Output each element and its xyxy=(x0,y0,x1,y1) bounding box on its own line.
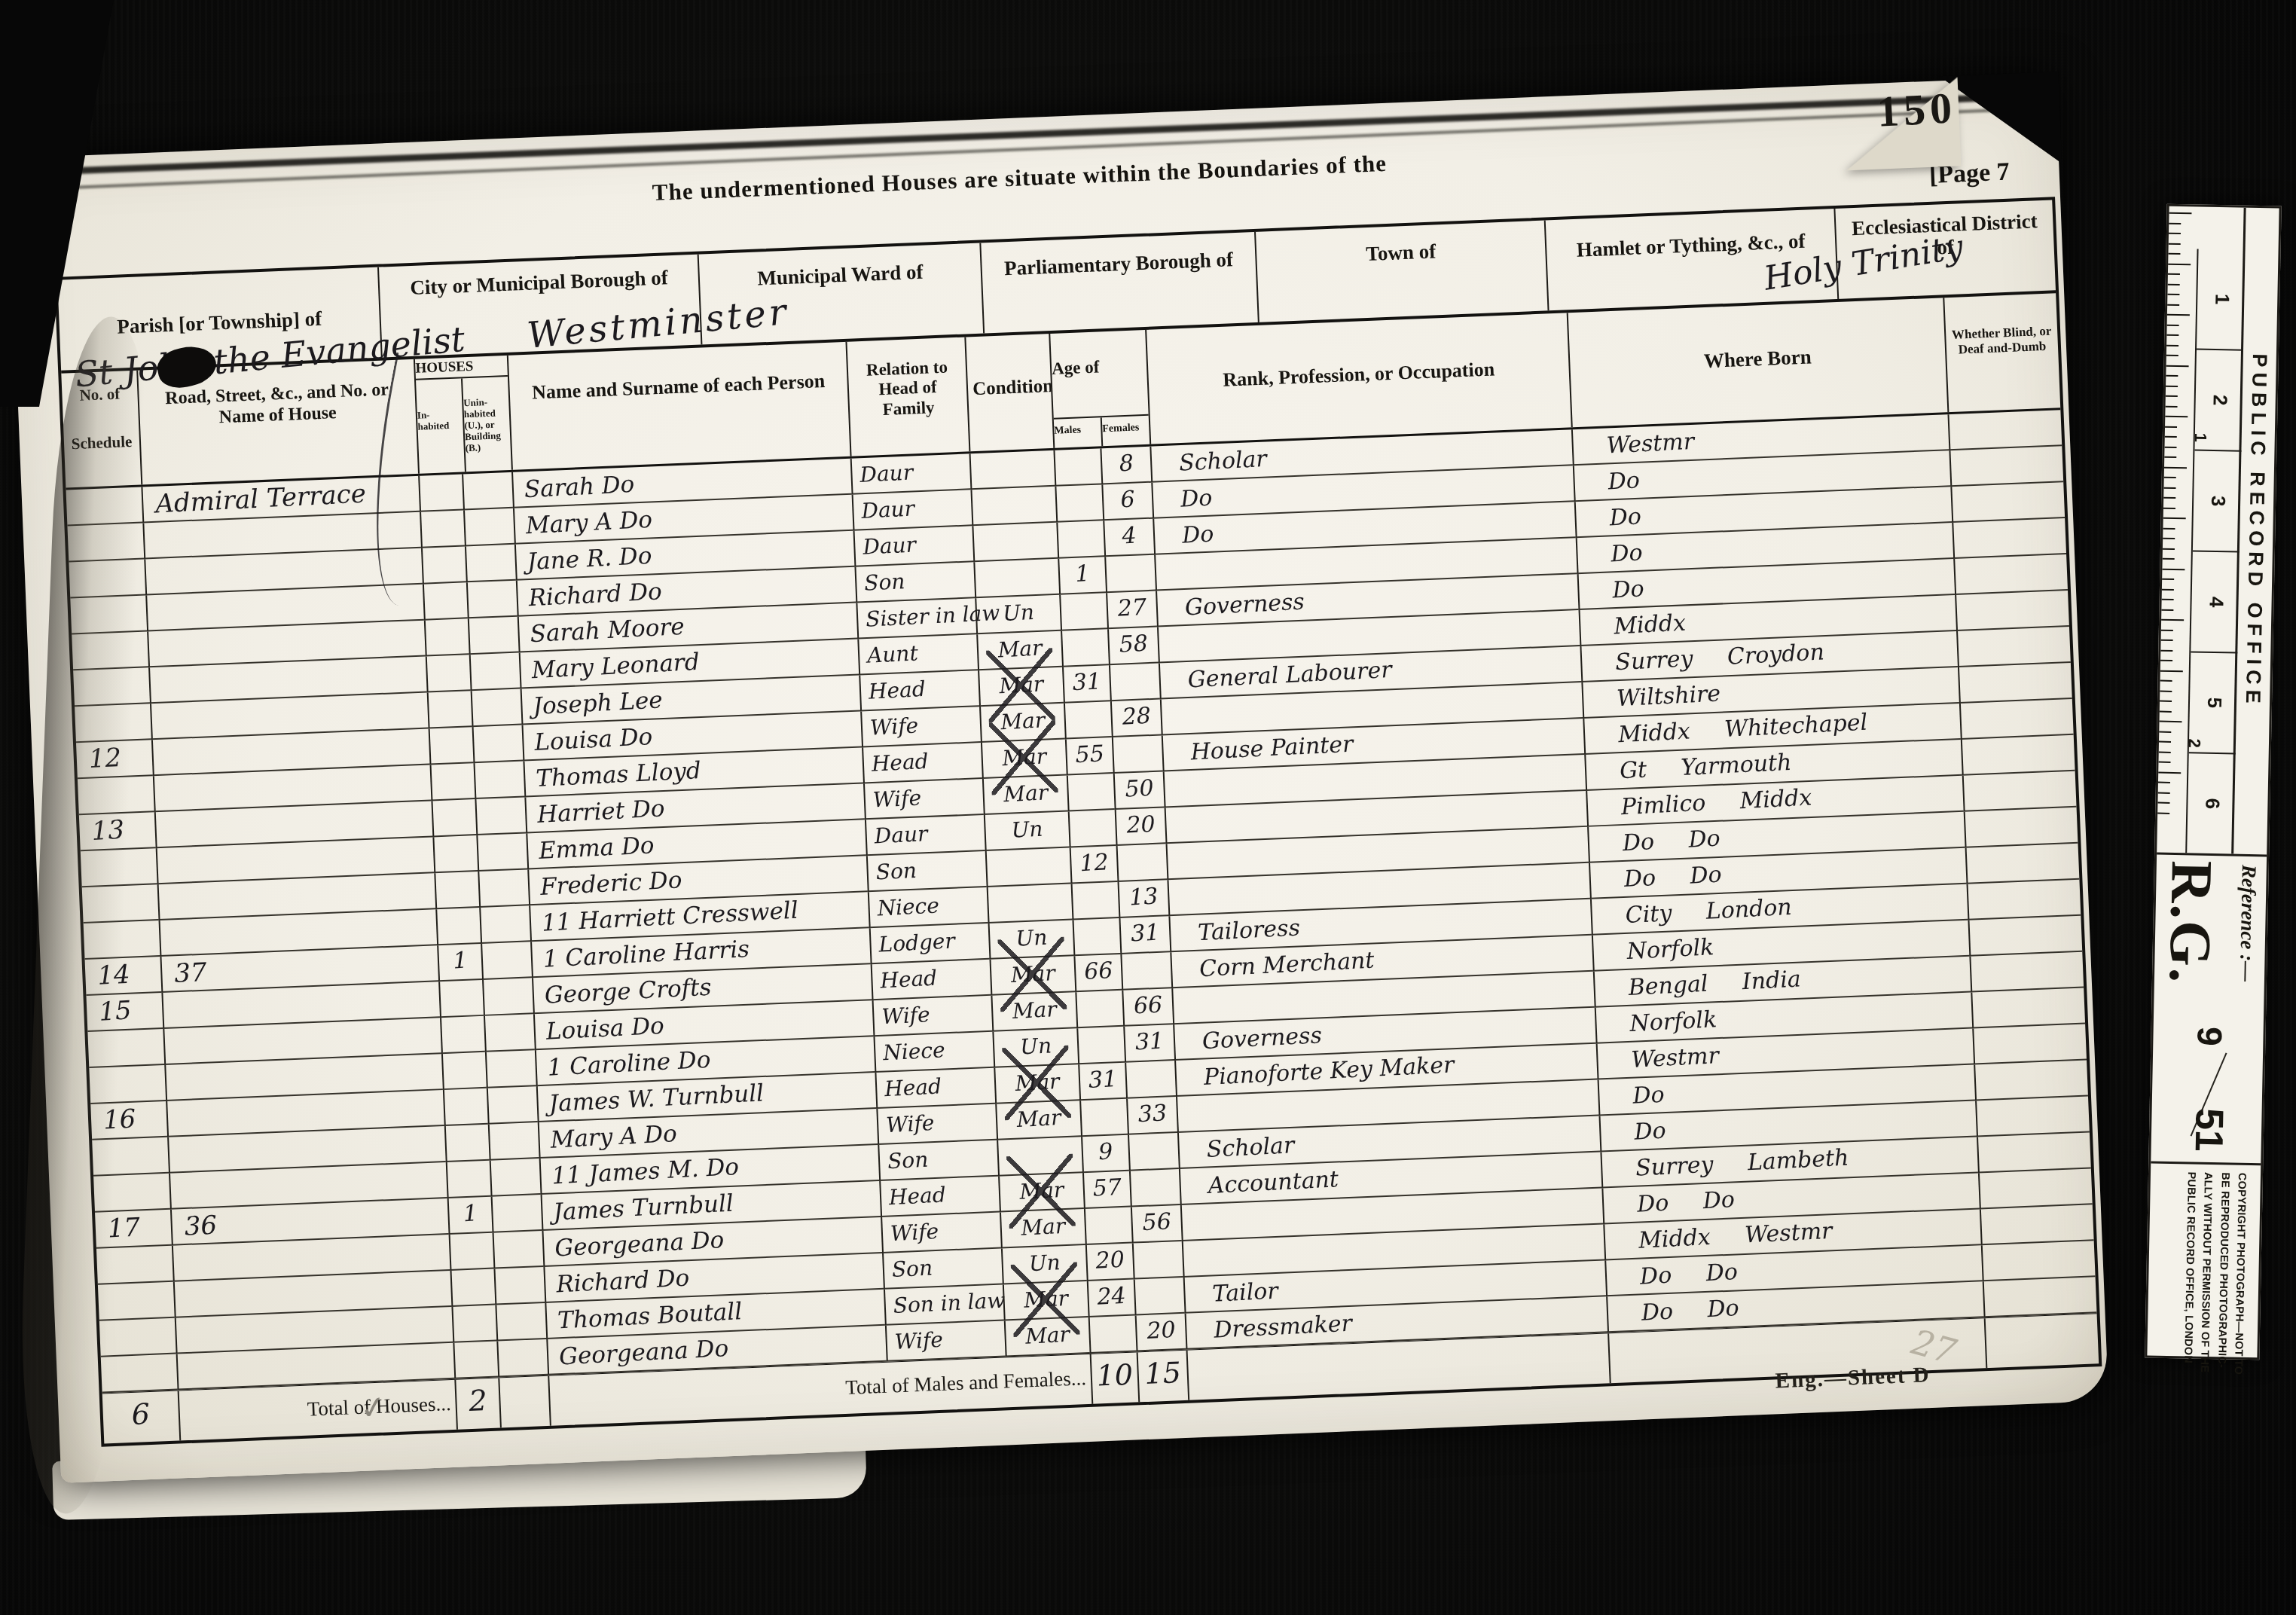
cell-inh xyxy=(444,1125,490,1162)
col-uninhabited: Unin- habited (U.), or Building (B.) xyxy=(461,377,511,472)
cell-cond xyxy=(970,487,1056,526)
ruler-tick xyxy=(2168,263,2191,265)
card-box: 1 xyxy=(2197,249,2246,350)
value-f: 31 xyxy=(1125,1024,1174,1060)
town-label: Town of xyxy=(1256,236,1546,270)
card-box-number: 3 xyxy=(2207,496,2230,507)
ruler-tick xyxy=(2159,751,2171,753)
cell-sch xyxy=(99,1318,176,1357)
cell-m xyxy=(1068,810,1116,847)
cell-sch xyxy=(84,920,160,960)
value-cond: Mar xyxy=(1001,1209,1085,1247)
cell-uninh xyxy=(472,725,524,764)
totals-schedule-cell: 6 xyxy=(102,1391,180,1444)
ruler-tick xyxy=(2161,629,2173,630)
cell-sch xyxy=(73,667,150,707)
cell-uninh xyxy=(487,1086,538,1125)
col-occupation: Rank, Profession, or Occupation xyxy=(1145,313,1571,444)
totals-houses-value-cell: 2 xyxy=(454,1378,500,1429)
cell-rel: Head xyxy=(859,670,979,711)
totals-infirm-cell xyxy=(1984,1314,2099,1368)
cell-f: 33 xyxy=(1126,1097,1177,1135)
cell-sch: 14 xyxy=(85,957,162,996)
cell-rel: Wife xyxy=(885,1320,1006,1361)
cell-rel: Sister in law xyxy=(856,598,976,639)
cell-uninh xyxy=(482,978,533,1016)
cell-inh xyxy=(420,510,465,548)
females-total-value: 15 xyxy=(1138,1351,1188,1397)
value-rel: Head xyxy=(860,670,979,709)
value-f: 33 xyxy=(1128,1097,1177,1132)
value-sch: 14 xyxy=(84,957,161,994)
cell-cond xyxy=(997,1137,1082,1176)
value-rel: Son xyxy=(884,1248,1003,1287)
value-rel: Wife xyxy=(887,1320,1006,1360)
value-cond: Mar xyxy=(1000,1173,1084,1210)
value-f: 56 xyxy=(1132,1205,1182,1241)
ruler-tick xyxy=(2164,477,2176,478)
copyright-line: ALLY WITHOUT PERMISSION OF THE xyxy=(2196,1172,2216,1352)
town-cell: Town of xyxy=(1254,221,1548,322)
cell-uninh xyxy=(491,1195,542,1233)
cell-inh: 1 xyxy=(447,1197,493,1235)
cell-cond: Mar xyxy=(994,1064,1079,1104)
cell-cond: Mar xyxy=(981,740,1067,779)
ruler-tick xyxy=(2161,609,2173,610)
ruler-tick xyxy=(2160,701,2172,702)
cell-m: 57 xyxy=(1082,1171,1131,1209)
ruler-tick xyxy=(2160,721,2182,723)
ruler-tick xyxy=(2163,487,2175,488)
value-m: 20 xyxy=(1087,1243,1134,1278)
cell-inh xyxy=(429,727,474,765)
value-rel: Head xyxy=(872,959,991,998)
cell-m xyxy=(1075,991,1123,1028)
card-box-number: 1 xyxy=(2211,294,2233,305)
cell-cond: Mar xyxy=(976,631,1062,670)
cell-sch xyxy=(87,1029,164,1068)
col-born-label: Where Born xyxy=(1570,340,1946,378)
col-infirm-label: Whether Blind, or Deaf and-Dumb xyxy=(1946,323,2058,357)
cell-uninh xyxy=(488,1122,539,1161)
value-sch: 17 xyxy=(95,1209,172,1246)
col-females: Females xyxy=(1101,416,1150,447)
col-condition-label: Condition xyxy=(968,376,1052,401)
ruler-tick xyxy=(2160,670,2183,672)
cell-infirm xyxy=(1981,1241,2096,1281)
cell-uninh xyxy=(463,508,514,547)
cell-uninh xyxy=(468,617,519,655)
ruler-tick xyxy=(2158,792,2170,793)
value-rel: Son xyxy=(879,1140,998,1179)
value-m: 31 xyxy=(1079,1062,1126,1098)
ruler-tick xyxy=(2164,456,2176,458)
cell-rel: Aunt xyxy=(857,634,978,675)
ruler-tick xyxy=(2157,812,2169,814)
col-inhabited: In- habited xyxy=(416,378,465,473)
cell-inh xyxy=(438,980,484,1018)
ruler-tick xyxy=(2167,324,2179,325)
cell-f: 6 xyxy=(1101,483,1153,521)
cell-inh: 1 xyxy=(437,944,482,982)
value-cond: Mar xyxy=(978,630,1062,668)
value-inh: 1 xyxy=(448,1196,492,1232)
cell-inh xyxy=(418,474,463,511)
cell-f xyxy=(1134,1278,1185,1316)
ruler-tick xyxy=(2168,253,2180,255)
ruler-tick xyxy=(2166,355,2178,356)
value-cond: Mar xyxy=(995,1064,1079,1102)
cell-f: 27 xyxy=(1106,591,1157,630)
cell-cond: Mar xyxy=(990,956,1076,995)
cell-cond xyxy=(969,450,1055,490)
value-cond: Un xyxy=(989,920,1073,957)
cell-m xyxy=(1076,1027,1125,1064)
value-rel: Wife xyxy=(882,1212,1001,1251)
ruler-tick xyxy=(2163,548,2175,549)
value-cond: Mar xyxy=(979,667,1064,704)
cell-uninh xyxy=(495,1303,546,1342)
ruler-tick xyxy=(2167,314,2190,316)
folio-stamp: 150 xyxy=(1876,82,1957,136)
cell-f: 50 xyxy=(1113,771,1165,810)
ruler-tick xyxy=(2168,283,2180,285)
ruler-tick xyxy=(2160,710,2172,712)
value-m: 1 xyxy=(1059,557,1106,592)
cell-rel: Head xyxy=(879,1177,1000,1217)
reference-item: 51 xyxy=(2186,1107,2232,1152)
value-f: 28 xyxy=(1112,699,1162,734)
value-rel: Son in law xyxy=(885,1284,1004,1323)
cell-inh xyxy=(421,546,466,584)
value-cond: Un xyxy=(985,811,1070,849)
col-name: Name and Surname of each Person xyxy=(507,342,850,470)
cell-cond: Mar xyxy=(995,1101,1081,1140)
cell-f: 66 xyxy=(1122,988,1173,1027)
col-name-label: Name and Surname of each Person xyxy=(509,369,847,405)
cell-m xyxy=(1088,1315,1137,1353)
cell-m: 55 xyxy=(1065,737,1113,775)
cell-infirm xyxy=(1974,1061,2088,1101)
cell-cond: Un xyxy=(1001,1245,1087,1284)
cell-m: 1 xyxy=(1058,557,1106,594)
value-cond: Mar xyxy=(992,992,1076,1030)
ruler-tick xyxy=(2163,497,2175,499)
cell-inh xyxy=(427,691,472,728)
cell-cond xyxy=(987,884,1073,923)
cell-cond: Mar xyxy=(1003,1281,1088,1320)
cell-uninh xyxy=(473,761,524,799)
value-cond: Mar xyxy=(997,1101,1081,1138)
col-houses-group: HOUSES In- habited Unin- habited (U.), o… xyxy=(414,356,511,474)
ruler-tick xyxy=(2161,640,2173,641)
cell-m: 31 xyxy=(1062,665,1110,703)
cell-rel: Niece xyxy=(873,1032,994,1073)
pencil-checkmark: ✓ xyxy=(357,1388,389,1429)
cell-f: 8 xyxy=(1100,447,1151,485)
cell-f xyxy=(1120,952,1171,991)
cell-f xyxy=(1116,844,1168,882)
cell-cond xyxy=(973,559,1059,598)
cell-cond: Un xyxy=(984,812,1070,851)
cell-rel: Head xyxy=(862,743,982,783)
copyright-line: BE REPRODUCED PHOTOGRAPHIC- xyxy=(2213,1172,2233,1352)
ruler-tick xyxy=(2166,344,2178,346)
cell-infirm xyxy=(1964,807,2078,848)
ruler-tick xyxy=(2169,243,2181,244)
ruler-tick xyxy=(2160,660,2172,661)
ruler-tick xyxy=(2159,741,2171,743)
ruler-tick xyxy=(2163,517,2186,520)
ruler-tick xyxy=(2166,365,2189,367)
ruler-tick xyxy=(2161,619,2184,621)
ruler-tick xyxy=(2167,294,2179,295)
cell-sch: 15 xyxy=(86,993,163,1032)
ruler-tick xyxy=(2169,212,2191,215)
ruler-tick xyxy=(2167,304,2179,305)
value-f: 50 xyxy=(1115,771,1165,807)
ruler-tick xyxy=(2165,446,2177,447)
pro-card-scale-section: PUBLIC RECORD OFFICE 123456 1 2 xyxy=(2157,206,2279,857)
cell-m xyxy=(1059,593,1107,630)
cell-infirm xyxy=(1959,699,2074,740)
cell-inh xyxy=(443,1088,488,1126)
card-box-number: 2 xyxy=(2209,395,2232,406)
cell-uninh xyxy=(465,545,516,583)
value-sch: 15 xyxy=(86,992,163,1029)
value-sch: 16 xyxy=(90,1101,167,1137)
value-rel: Sister in law xyxy=(857,597,976,637)
cell-inh xyxy=(450,1269,496,1307)
cell-rel: Wife xyxy=(872,996,993,1036)
cell-cond: Mar xyxy=(998,1173,1084,1212)
cell-infirm xyxy=(1975,1096,2090,1137)
ruler-tick xyxy=(2158,762,2170,763)
value-cond: Mar xyxy=(984,775,1068,813)
cell-sch: 16 xyxy=(90,1101,167,1140)
cell-inh xyxy=(424,618,469,656)
cell-inh xyxy=(453,1342,498,1379)
cell-f xyxy=(1125,1061,1176,1099)
cell-rel: Wife xyxy=(860,707,981,747)
value-f: 27 xyxy=(1107,591,1157,626)
cell-uninh xyxy=(493,1231,544,1269)
cell-sch xyxy=(98,1282,175,1321)
col-relation: Relation to Head of Family xyxy=(845,337,969,456)
cell-sch xyxy=(67,524,144,563)
cell-infirm xyxy=(1972,1024,2087,1065)
cell-inh xyxy=(449,1233,494,1271)
ruler-tick xyxy=(2162,568,2185,570)
ruler-tick xyxy=(2166,405,2178,407)
cell-sch xyxy=(92,1137,169,1177)
card-box: 3 xyxy=(2193,450,2242,552)
cell-uninh xyxy=(475,797,526,835)
cell-rel: Son in law xyxy=(884,1285,1004,1326)
cell-infirm xyxy=(1962,771,2077,812)
cell-rel: Wife xyxy=(863,779,984,820)
ruler-number-2: 2 xyxy=(2185,738,2204,748)
cell-sch: 12 xyxy=(76,740,153,779)
ruler-tick xyxy=(2162,579,2174,580)
cell-infirm xyxy=(1969,952,2084,993)
ruler-tick xyxy=(2165,426,2177,427)
card-box-number: 4 xyxy=(2205,597,2227,608)
ruler-tick xyxy=(2165,436,2177,438)
value-f: 13 xyxy=(1119,880,1168,915)
cell-infirm xyxy=(1955,591,2069,631)
value-rel: Lodger xyxy=(871,923,990,962)
value-m: 12 xyxy=(1070,846,1117,881)
cell-cond: Un xyxy=(992,1028,1078,1067)
value-inh: 1 xyxy=(438,944,482,979)
value-rel: Daur xyxy=(866,814,985,853)
col-age-group: Age of Males Females xyxy=(1049,330,1150,448)
value-f: 66 xyxy=(1123,988,1173,1024)
ruler-tick xyxy=(2163,507,2175,508)
pro-card-strip: PUBLIC RECORD OFFICE 123456 1 2 Referenc… xyxy=(2145,204,2281,1360)
ruler-tick xyxy=(2166,385,2178,386)
ruler-tick xyxy=(2157,802,2169,804)
table-rows: Admiral TerraceSarah DoDaur8ScholarWestm… xyxy=(66,410,2097,1393)
value-rel: Wife xyxy=(878,1104,997,1143)
ruler-tick xyxy=(2163,538,2175,539)
copyright-line: COPYRIGHT PHOTOGRAPH—NOT TO xyxy=(2230,1173,2250,1353)
cell-f xyxy=(1128,1133,1179,1171)
cell-f: 20 xyxy=(1115,807,1166,846)
cell-inh xyxy=(440,1016,485,1054)
value-rel: Head xyxy=(863,742,982,781)
cell-uninh xyxy=(478,869,529,908)
copyright-line: PUBLIC RECORD OFFICE, LONDON xyxy=(2179,1171,2200,1351)
cell-rel: Son xyxy=(866,851,987,892)
ruler-tick xyxy=(2165,416,2188,418)
cell-infirm xyxy=(1978,1168,2093,1209)
value-cond: Mar xyxy=(991,956,1075,994)
ruler-tick xyxy=(2160,649,2172,651)
value-cond: Mar xyxy=(1006,1317,1090,1354)
value-m: 55 xyxy=(1067,737,1113,773)
cell-infirm xyxy=(1968,916,2082,957)
cell-f: 56 xyxy=(1131,1205,1182,1244)
value-m: 57 xyxy=(1084,1171,1131,1206)
cell-cond: Mar xyxy=(982,776,1068,815)
value-cond: Mar xyxy=(981,703,1065,740)
cell-sch xyxy=(96,1246,173,1285)
value-m: 66 xyxy=(1075,954,1122,990)
value-f: 6 xyxy=(1103,482,1153,517)
cell-rel: Son xyxy=(878,1140,998,1181)
cell-sch xyxy=(93,1174,170,1213)
cell-inh xyxy=(446,1161,491,1198)
cell-m: 12 xyxy=(1070,846,1118,884)
cell-infirm xyxy=(1980,1204,2094,1245)
ruler-tick xyxy=(2164,466,2187,469)
cell-m: 20 xyxy=(1085,1244,1134,1281)
cell-m xyxy=(1061,629,1109,667)
ruler-tick xyxy=(2160,690,2172,691)
value-m: 9 xyxy=(1082,1134,1129,1170)
cell-rel: Son xyxy=(854,562,975,603)
cell-infirm xyxy=(1983,1277,2097,1317)
cell-infirm xyxy=(1952,518,2066,559)
cell-inh xyxy=(430,763,475,801)
value-rel: Wife xyxy=(865,778,984,817)
cell-m: 9 xyxy=(1081,1135,1129,1173)
cell-inh xyxy=(431,799,476,837)
ruler-tick xyxy=(2168,273,2180,275)
cell-infirm xyxy=(1971,988,2085,1029)
cell-infirm xyxy=(1961,735,2075,776)
value-f: 58 xyxy=(1109,627,1159,662)
cell-sch xyxy=(70,595,147,634)
cell-m: 24 xyxy=(1087,1280,1135,1317)
cell-inh xyxy=(435,908,481,945)
value-cond: Mar xyxy=(982,739,1067,777)
cell-cond: Mar xyxy=(978,667,1064,707)
cell-infirm xyxy=(1956,627,2071,667)
value-cond: Un xyxy=(1003,1244,1087,1282)
cell-infirm xyxy=(1965,844,2080,884)
cell-rel: Niece xyxy=(868,887,988,928)
col-born: Where Born xyxy=(1567,298,1948,427)
col-infirm: Whether Blind, or Deaf and-Dumb xyxy=(1943,293,2060,412)
cell-sch xyxy=(69,559,145,598)
cell-infirm xyxy=(1953,554,2068,595)
ruler-tick xyxy=(2158,771,2181,774)
cell-infirm xyxy=(1950,482,2065,523)
schedule-total-value: 6 xyxy=(102,1391,179,1438)
cell-f xyxy=(1132,1241,1183,1280)
value-f: 4 xyxy=(1104,518,1154,554)
cell-f: 58 xyxy=(1107,627,1159,666)
col-males: Males xyxy=(1054,417,1101,447)
municipal-ward-label: Municipal Ward of xyxy=(699,258,981,292)
reference-label: Reference :— xyxy=(2235,865,2261,982)
cell-f: 20 xyxy=(1135,1314,1186,1352)
cell-m xyxy=(1072,918,1120,956)
copyright-notice: COPYRIGHT PHOTOGRAPH—NOT TO BE REPRODUCE… xyxy=(2147,1162,2261,1358)
value-rel: Aunt xyxy=(859,633,978,673)
card-box-number: 6 xyxy=(2201,798,2224,809)
cell-uninh xyxy=(493,1267,545,1305)
cell-uninh xyxy=(484,1014,535,1052)
card-box: 4 xyxy=(2191,551,2240,653)
census-page: The undermentioned Houses are situate wi… xyxy=(8,76,2108,1483)
cell-rel: Lodger xyxy=(869,924,990,964)
ruler-tick xyxy=(2163,558,2175,560)
cell-infirm xyxy=(1977,1132,2091,1173)
cell-rel: Daur xyxy=(850,453,971,494)
ruler-tick xyxy=(2166,395,2178,397)
cell-m: 66 xyxy=(1073,954,1122,992)
cell-m xyxy=(1056,521,1104,558)
value-rel: Wife xyxy=(873,995,992,1034)
col-age-title: Age of xyxy=(1050,330,1148,418)
cell-sch xyxy=(101,1354,178,1394)
ruler-tick xyxy=(2162,588,2174,590)
cell-inh xyxy=(434,872,479,909)
cell-sch xyxy=(75,704,151,743)
cell-infirm xyxy=(1949,446,2063,487)
ruler-tick xyxy=(2163,527,2175,529)
cell-rel: Daur xyxy=(853,526,974,566)
cell-cond: Mar xyxy=(979,704,1065,743)
cell-f xyxy=(1112,735,1163,774)
cell-uninh xyxy=(496,1339,548,1378)
cell-sch xyxy=(81,848,157,887)
cell-cond: Mar xyxy=(991,992,1076,1031)
